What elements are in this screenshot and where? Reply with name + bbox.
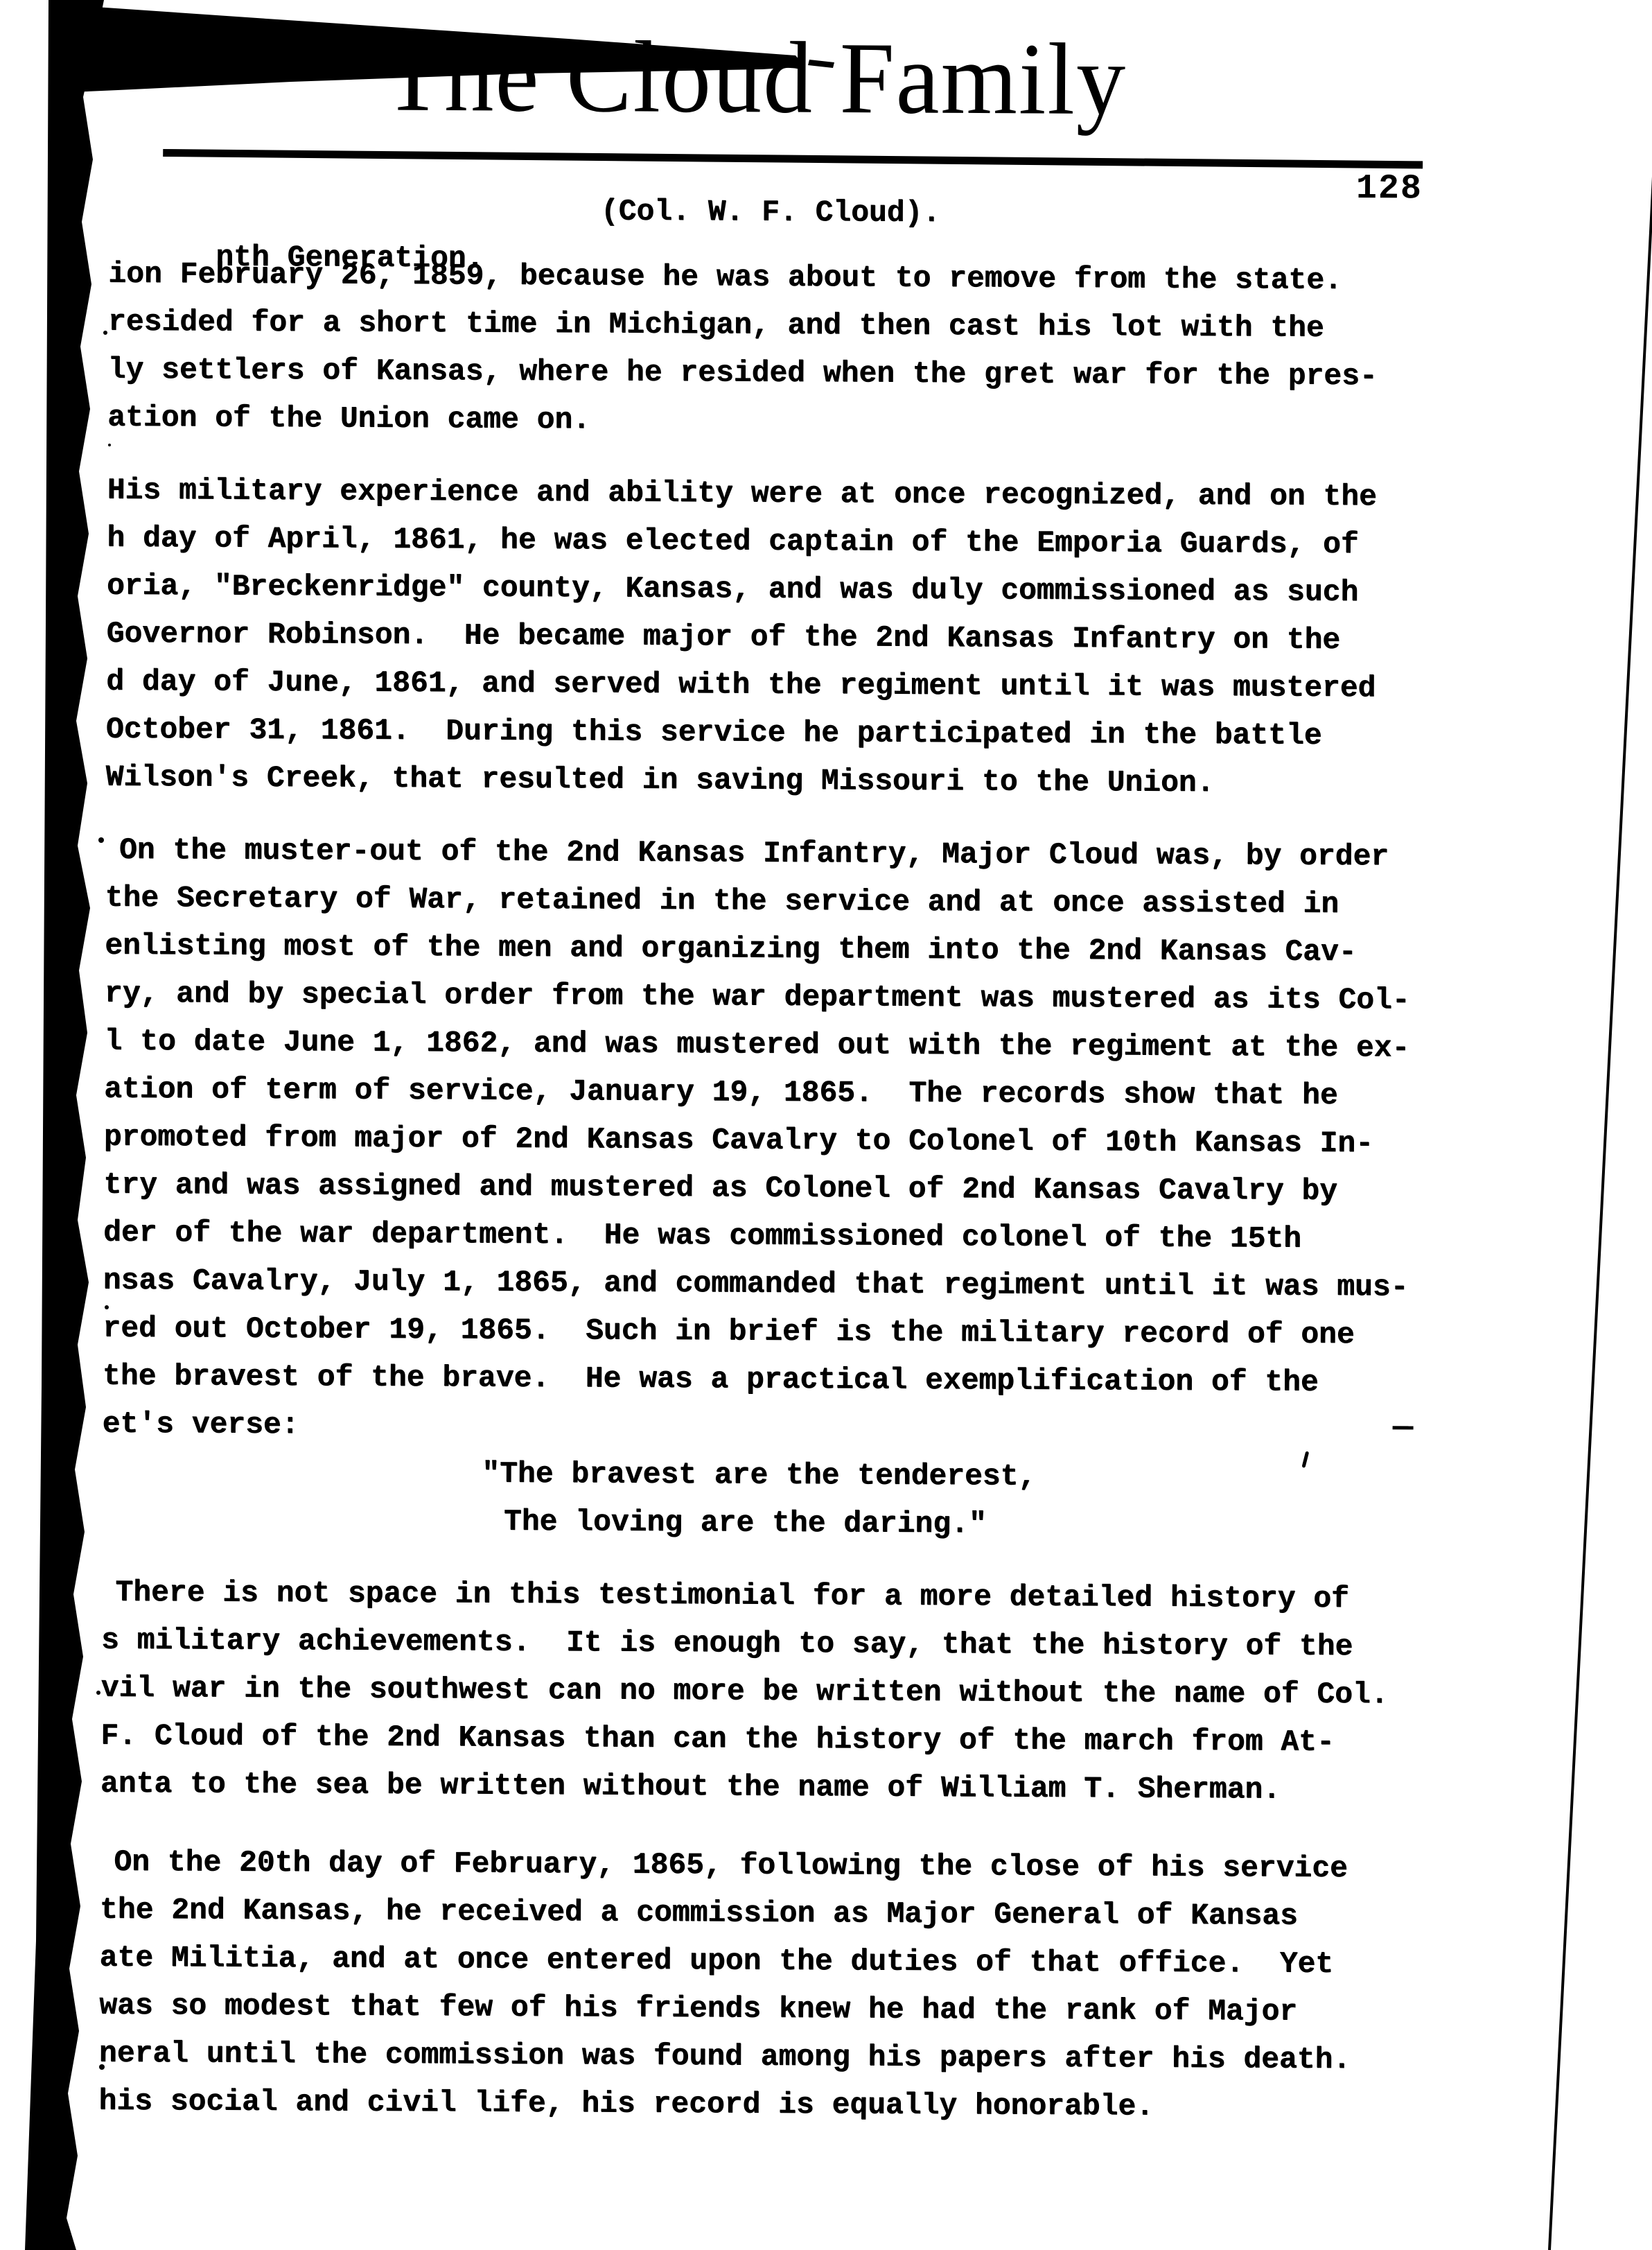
text-line: promoted from major of 2nd Kansas Cavalr…: [104, 1113, 1631, 1169]
text-line: his social and civil life, his record is…: [98, 2077, 1626, 2133]
text-line: the 2nd Kansas, he received a commission…: [100, 1885, 1627, 1942]
page-title: The Cloud Family: [383, 16, 1127, 138]
text-line: ion February 26, 1859, because he was ab…: [108, 250, 1635, 306]
text-line: d day of June, 1861, and served with the…: [106, 658, 1633, 714]
body-text: ion February 26, 1859, because he was ab…: [98, 250, 1635, 2134]
text-line: s military achievements. It is enough to…: [101, 1616, 1628, 1672]
paragraph: There is not space in this testimonial f…: [100, 1568, 1629, 1815]
text-line: ation of the Union came on.: [107, 394, 1635, 450]
paragraph: His military experience and ability were…: [105, 466, 1634, 810]
text-line: neral until the commission was found amo…: [99, 2029, 1626, 2085]
text-line: ation of term of service, January 19, 18…: [104, 1065, 1631, 1122]
paragraph: On the muster-out of the 2nd Kansas Infa…: [102, 826, 1633, 1456]
text-line: enlisting most of the men and organizing…: [105, 922, 1632, 978]
text-line: ry, and by special order from the war de…: [105, 970, 1632, 1026]
text-line: F. Cloud of the 2nd Kansas than can the …: [100, 1711, 1628, 1768]
page-content: The Cloud Family 128 nth Generation. (Co…: [0, 0, 1652, 2250]
verse-quote: "The bravest are the tenderest,The lovin…: [102, 1447, 1630, 1551]
text-line: h day of April, 1861, he was elected cap…: [107, 514, 1634, 570]
text-line: oria, "Breckenridge" county, Kansas, and…: [107, 562, 1634, 618]
paragraph: On the 20th day of February, 1865, follo…: [98, 1838, 1627, 2133]
text-line: ate Militia, and at once entered upon th…: [99, 1933, 1626, 1989]
text-line: October 31, 1861. During this service he…: [106, 706, 1633, 762]
text-line: "The bravest are the tenderest,: [102, 1447, 1629, 1503]
text-line: ly settlers of Kansas, where he resided …: [107, 346, 1635, 402]
text-line: Wilson's Creek, that resulted in saving …: [105, 753, 1633, 810]
generation-heading-row: nth Generation. (Col. W. F. Cloud).: [109, 185, 1629, 241]
text-line: the bravest of the brave. He was a pract…: [103, 1352, 1630, 1408]
text-line: On the muster-out of the 2nd Kansas Infa…: [105, 826, 1633, 882]
text-line: l to date June 1, 1862, and was mustered…: [104, 1018, 1631, 1074]
stray-ink-dash: [1393, 1426, 1414, 1429]
text-line: anta to the sea be written without the n…: [100, 1759, 1628, 1815]
scanned-page: The Cloud Family 128 nth Generation. (Co…: [0, 0, 1652, 2250]
text-line: His military experience and ability were…: [107, 466, 1634, 523]
text-line: Governor Robinson. He became major of th…: [106, 610, 1633, 666]
title-rule: [163, 149, 1423, 168]
text-line: On the 20th day of February, 1865, follo…: [100, 1838, 1627, 1894]
text-line: red out October 19, 1865. Such in brief …: [103, 1304, 1630, 1360]
text-line: the Secretary of War, retained in the se…: [105, 874, 1632, 930]
text-line: try and was assigned and mustered as Col…: [103, 1161, 1631, 1217]
text-line: der of the war department. He was commis…: [103, 1209, 1631, 1265]
text-line: was so modest that few of his friends kn…: [99, 1981, 1626, 2037]
text-line: There is not space in this testimonial f…: [101, 1568, 1628, 1624]
text-line: The loving are the daring.": [102, 1495, 1629, 1551]
generation-annotation: (Col. W. F. Cloud).: [601, 187, 941, 237]
text-line: vil war in the southwest can no more be …: [100, 1664, 1628, 1720]
text-line: resided for a short time in Michigan, an…: [108, 298, 1635, 354]
paragraph: ion February 26, 1859, because he was ab…: [107, 250, 1635, 450]
text-line: nsas Cavalry, July 1, 1865, and commande…: [103, 1256, 1631, 1312]
